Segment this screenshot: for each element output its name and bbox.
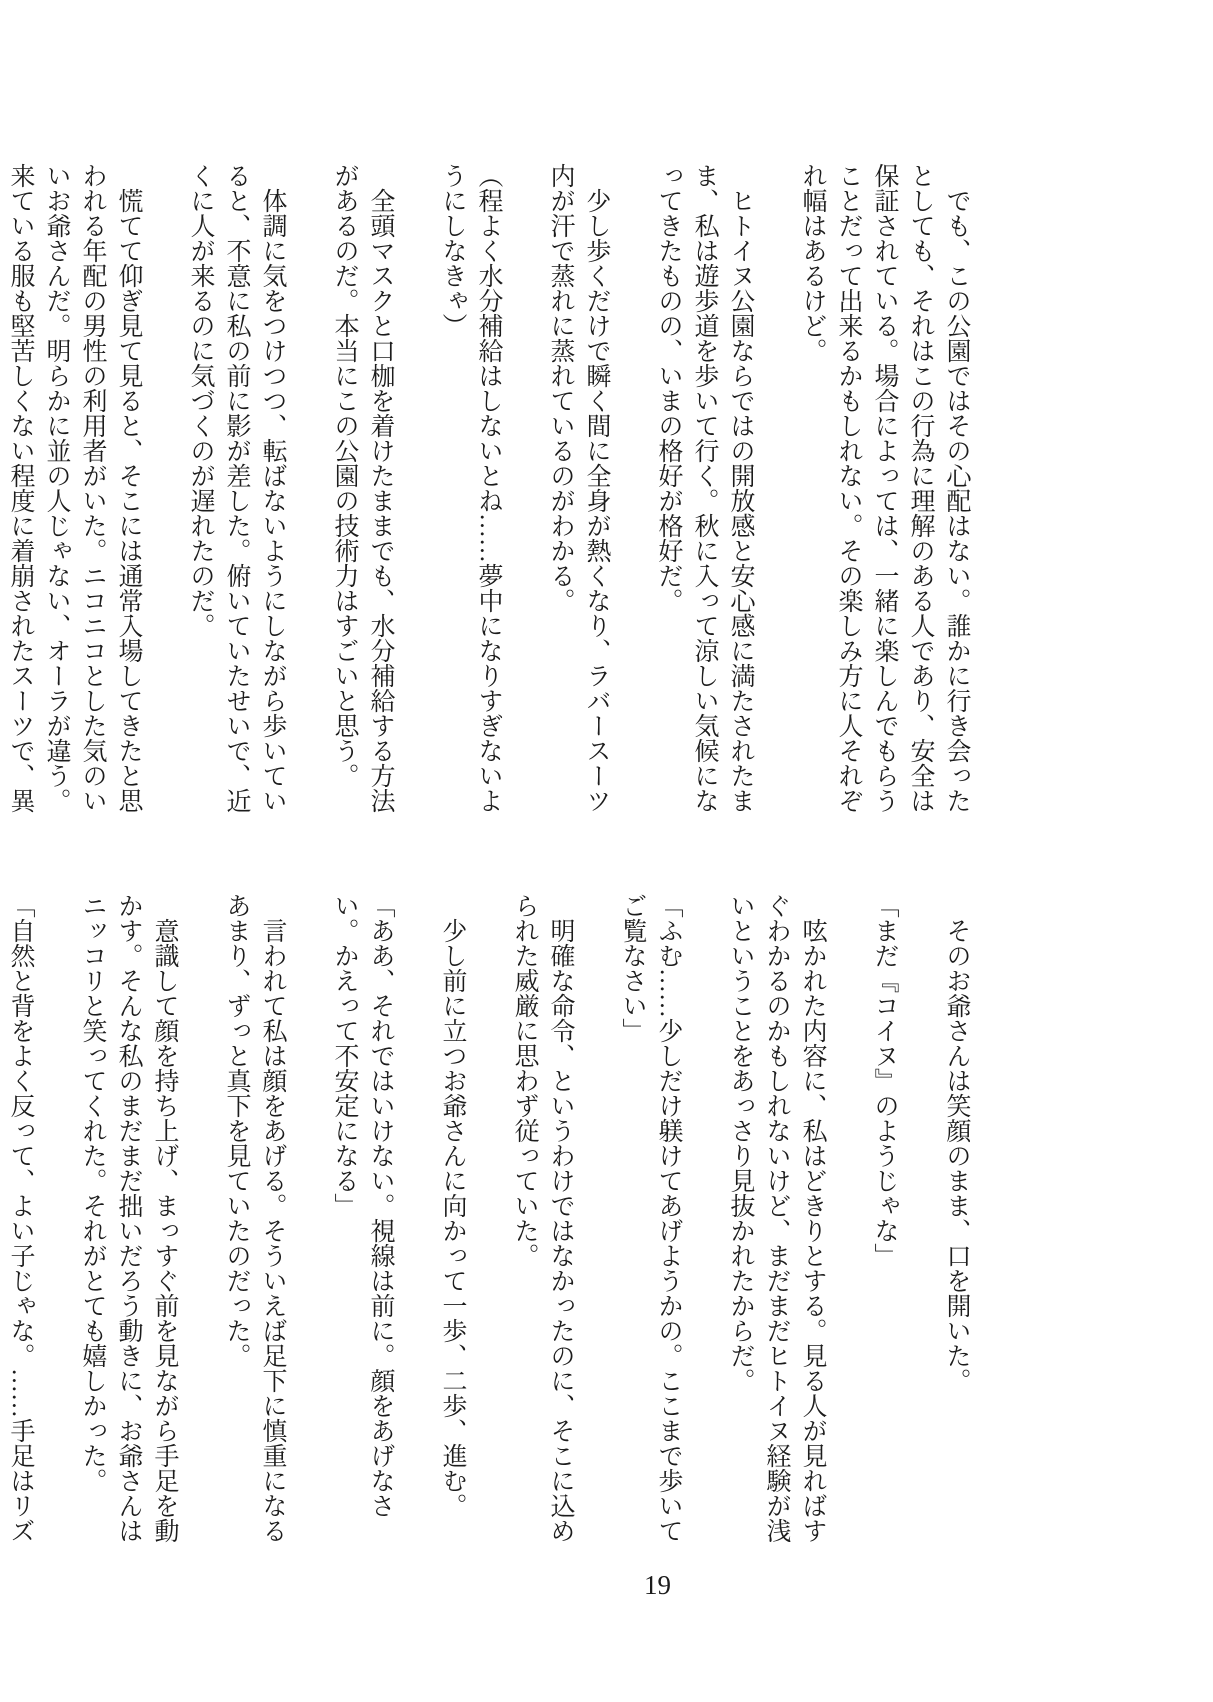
paragraph: 少し歩くだけで瞬く間に全身が熱くなり、ラバースーツ 内が汗で蒸れに蒸れているのが… — [542, 163, 614, 825]
paragraph: でも、この公園ではその心配はない。誰かに行き会った としても、それはこの行為に理… — [794, 163, 974, 825]
paragraph: 慌てて仰ぎ見て見ると、そこには通常入場してきたと思 われる年配の男性の利用者がい… — [0, 163, 146, 825]
paragraph: 全頭マスクと口枷を着けたままでも、水分補給する方法 があるのだ。本当にこの公園の… — [326, 163, 398, 825]
paragraph: 「自然と背をよく反って、よい子じゃな。……手足はリズ ムよく動かしなさい。最初は… — [0, 893, 38, 1555]
paragraph: 体調に気をつけつつ、転ばないようにしながら歩いてい ると、不意に私の前に影が差し… — [182, 163, 290, 825]
paragraph: 「ああ、それではいけない。視線は前に。顔をあげなさ い。かえって不安定になる」 — [326, 893, 398, 1555]
paragraph: 呟かれた内容に、私はどきりとする。見る人が見ればす ぐわかるのかもしれないけど、… — [722, 893, 830, 1555]
paragraph: ヒトイヌ公園ならではの開放感と安心感に満たされたま ま、私は遊歩道を歩いて行く。… — [650, 163, 758, 825]
paragraph: そのお爺さんは笑顔のまま、口を開いた。 — [938, 893, 974, 1555]
page-number: 19 — [644, 1570, 671, 1601]
paragraph: 意識して顔を持ち上げ、まっすぐ前を見ながら手足を動 かす。そんな私のまだまだ拙い… — [74, 893, 182, 1555]
paragraph: 明確な命令、というわけではなかったのに、そこに込め られた威厳に思わず従っていた… — [506, 893, 578, 1555]
paragraph: 「ふむ……少しだけ躾けてあげようかの。ここまで歩いて ご覧なさい」 — [614, 893, 686, 1555]
paragraph: 「まだ『コイヌ』のようじゃな」 — [866, 893, 902, 1555]
paragraph: 言われて私は顔をあげる。そういえば足下に慎重になる あまり、ずっと真下を見ていた… — [218, 893, 290, 1555]
story-text-block-top: でも、この公園ではその心配はない。誰かに行き会った としても、それはこの行為に理… — [0, 163, 1010, 825]
book-page: でも、この公園ではその心配はない。誰かに行き会った としても、それはこの行為に理… — [0, 0, 1213, 1702]
story-text-block-bottom: そのお爺さんは笑顔のまま、口を開いた。 「まだ『コイヌ』のようじゃな」 呟かれた… — [0, 893, 1010, 1555]
paragraph: （程よく水分補給はしないとね……夢中になりすぎないよ うにしなきゃ） — [434, 163, 506, 825]
paragraph: 少し前に立つお爺さんに向かって一歩、二歩、進む。 — [434, 893, 470, 1555]
